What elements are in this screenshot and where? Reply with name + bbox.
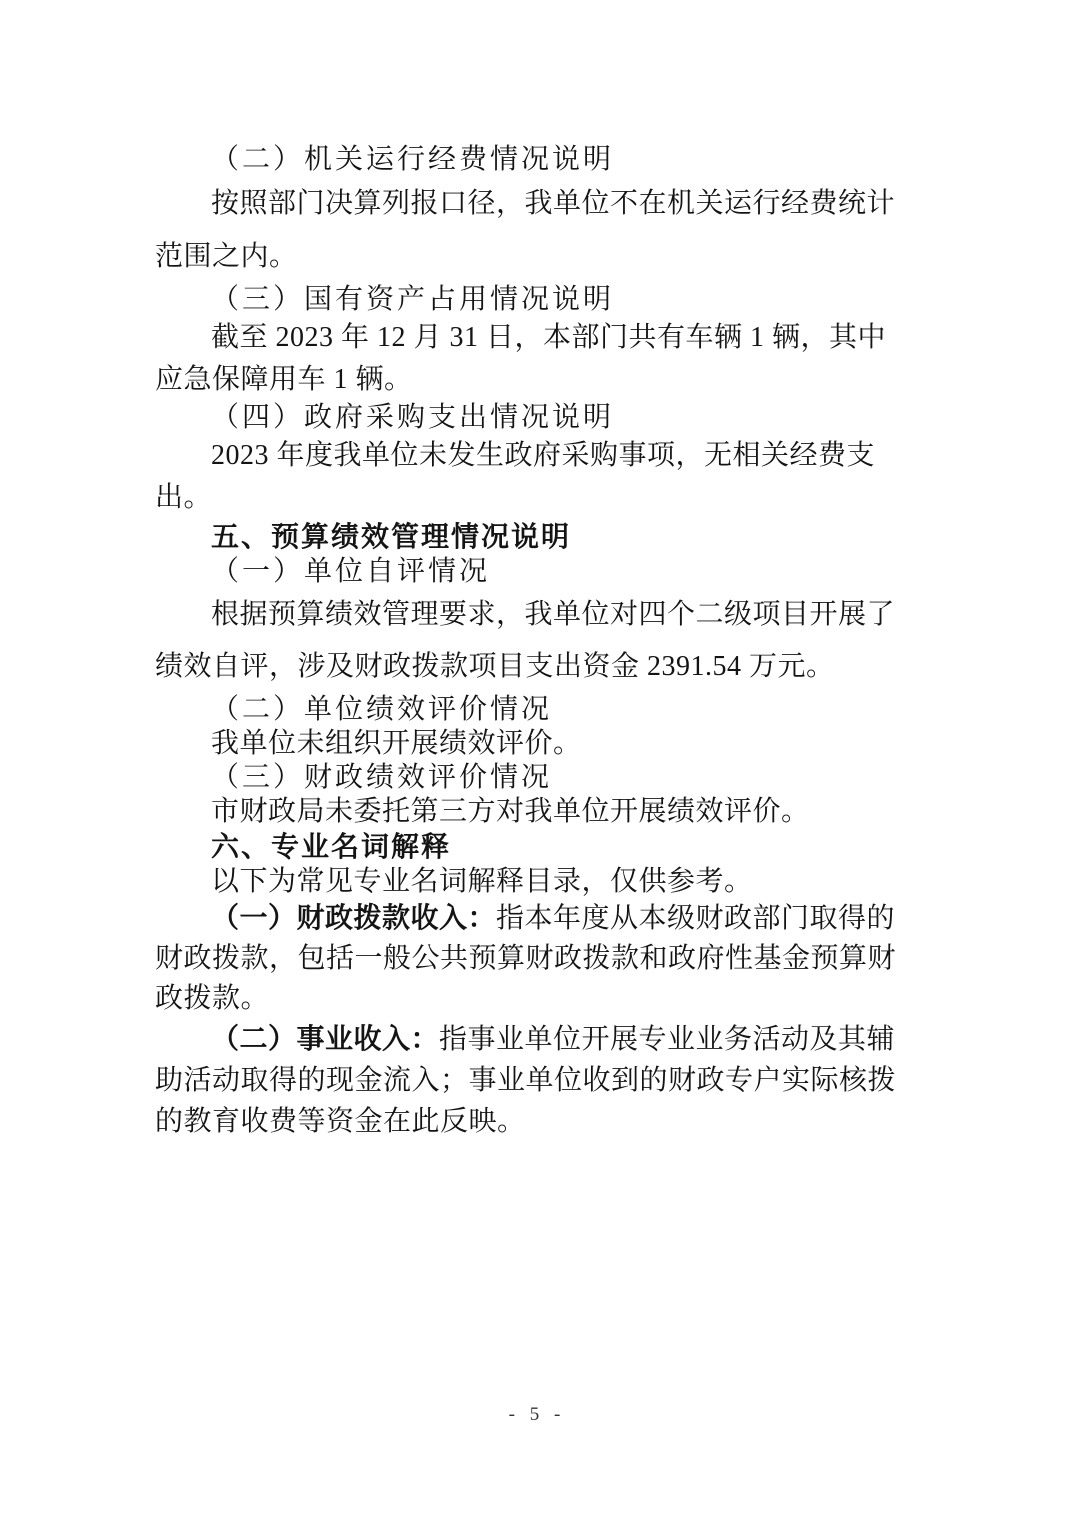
section-heading-fiscal-evaluation: （三）财政绩效评价情况: [155, 761, 922, 795]
document-page: （二）机关运行经费情况说明 按照部门决算列报口径，我单位不在机关运行经费统计 范…: [0, 0, 1074, 1520]
part-heading-terminology: 六、专业名词解释: [155, 829, 922, 865]
paragraph-self-evaluation: 根据预算绩效管理要求，我单位对四个二级项目开展了 绩效自评，涉及财政拨款项目支出…: [155, 589, 922, 693]
paragraph-unit-evaluation: 我单位未组织开展绩效评价。: [155, 727, 922, 761]
document-content: （二）机关运行经费情况说明 按照部门决算列报口径，我单位不在机关运行经费统计 范…: [0, 0, 1074, 1142]
paragraph-state-assets: 截至 2023 年 12 月 31 日，本部门共有车辆 1 辆，其中 应急保障用…: [155, 317, 922, 401]
page-number: - 5 -: [509, 1404, 566, 1425]
section-heading-state-assets: （三）国有资产占用情况说明: [155, 283, 922, 317]
part-heading-budget-performance: 五、预算绩效管理情况说明: [155, 519, 922, 555]
section-heading-operating-expenses: （二）机关运行经费情况说明: [155, 143, 922, 177]
term-lead-operating-income: （二）事业收入：: [211, 1024, 439, 1055]
paragraph-operating-expenses: 按照部门决算列报口径，我单位不在机关运行经费统计 范围之内。: [155, 177, 922, 283]
page-footer: - 5 -: [0, 1404, 1074, 1426]
paragraph-term-operating-income: （二）事业收入：指事业单位开展专业业务活动及其辅 助活动取得的现金流入；事业单位…: [155, 1019, 922, 1142]
paragraph-term-fiscal-appropriation: （一）财政拨款收入：指本年度从本级财政部门取得的 财政拨款，包括一般公共预算财政…: [155, 899, 922, 1019]
term-lead-fiscal-appropriation: （一）财政拨款收入：: [211, 903, 496, 934]
paragraph-terminology-intro: 以下为常见专业名词解释目录，仅供参考。: [155, 865, 922, 899]
section-heading-unit-evaluation: （二）单位绩效评价情况: [155, 693, 922, 727]
section-heading-self-evaluation: （一）单位自评情况: [155, 555, 922, 589]
paragraph-gov-procurement: 2023 年度我单位未发生政府采购事项，无相关经费支 出。: [155, 435, 922, 519]
paragraph-fiscal-evaluation: 市财政局未委托第三方对我单位开展绩效评价。: [155, 795, 922, 829]
section-heading-gov-procurement: （四）政府采购支出情况说明: [155, 401, 922, 435]
